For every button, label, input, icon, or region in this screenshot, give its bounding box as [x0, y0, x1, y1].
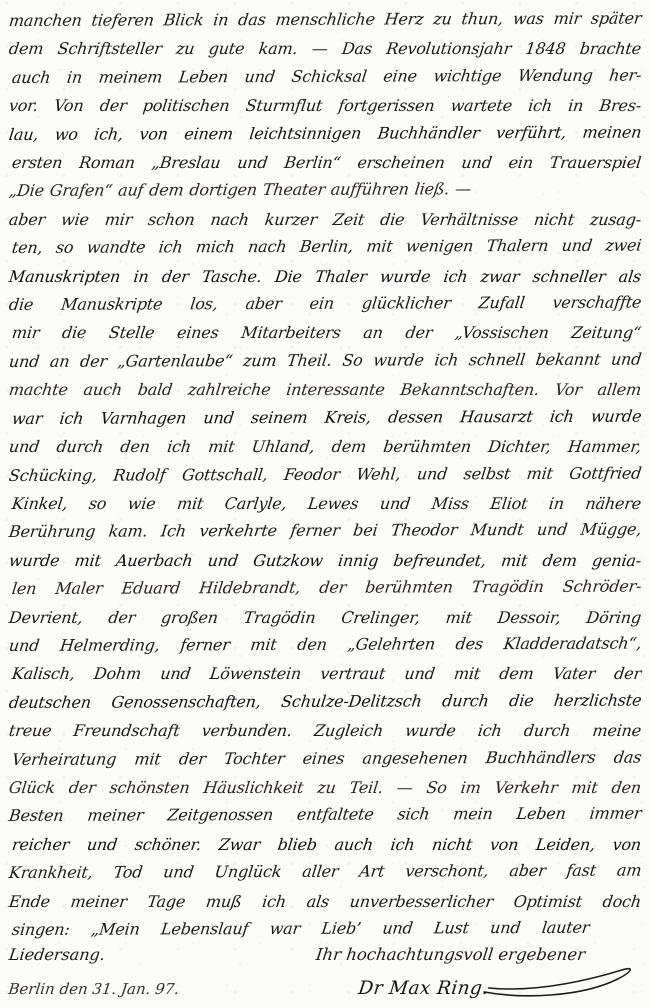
manuscript-line: manchen tieferen Blick in das menschlich… — [7, 5, 643, 36]
manuscript-line: ersten Roman „Breslau und Berlin“ ersche… — [10, 149, 642, 177]
manuscript-line: Schücking, Rudolf Gottschall, Feodor Weh… — [7, 459, 643, 490]
manuscript-line: treue Freundschaft verbunden. Zugleich w… — [7, 717, 642, 745]
manuscript-line: ten, so wandte ich mich nach Berlin, mit… — [10, 232, 643, 263]
manuscript-line: Ende meiner Tage muß ich als unverbesser… — [7, 888, 642, 916]
manuscript-line: mir die Stelle eines Mitarbeiters an der… — [10, 319, 642, 347]
manuscript-line: Berührung kam. Ich verkehrte ferner bei … — [7, 516, 643, 547]
manuscript-line: dem Schriftsteller zu gute kam. — Das Re… — [7, 35, 642, 63]
manuscript-line: war ich Varnhagen und seinem Kreis, dess… — [10, 402, 643, 433]
manuscript-line: wurde mit Auerbach und Gutzkow innig bef… — [7, 547, 642, 575]
manuscript-line: Verheiratung mit der Tochter eines anges… — [10, 743, 643, 774]
date-line: Berlin den 31. Jan. 97. — [7, 974, 181, 1004]
manuscript-line: die Manuskripte los, aber ein glückliche… — [7, 289, 643, 320]
signature-row: Berlin den 31. Jan. 97. Dr Max Ring. — [7, 966, 644, 1004]
manuscript-page: manchen tieferen Blick in das menschlich… — [0, 0, 650, 1008]
manuscript-line: singen: „Mein Lebenslauf war Lieb’ und L… — [10, 914, 591, 945]
manuscript-line: und durch den ich mit Uhland, dem berühm… — [7, 433, 642, 461]
closing-word: Liedersang. — [8, 944, 107, 966]
closing-row: Liedersang. Ihr hochachtungsvoll ergeben… — [8, 944, 643, 966]
manuscript-line: Kalisch, Dohm und Löwenstein vertraut un… — [10, 660, 642, 688]
manuscript-line: reicher und schöner. Zwar blieb auch ich… — [10, 831, 642, 859]
manuscript-line: auch in meinem Leben und Schicksal eine … — [10, 61, 643, 92]
manuscript-line: vor. Von der politischen Sturmflut fortg… — [7, 92, 642, 120]
valediction: Ihr hochachtungsvoll ergebener — [315, 944, 587, 966]
signature: Dr Max Ring. — [357, 974, 491, 1004]
manuscript-line: aber wie mir schon nach kurzer Zeit die … — [7, 206, 642, 234]
signature-flourish — [481, 966, 643, 1000]
manuscript-line: Devrient, der großen Tragödin Crelinger,… — [7, 604, 642, 632]
manuscript-line: Kinkel, so wie mit Carlyle, Lewes und Mi… — [10, 490, 642, 518]
manuscript-line: „Die Grafen“ auf dem dortigen Theater au… — [7, 176, 471, 206]
manuscript-line: Besten meiner Zeitgenossen entfaltete si… — [7, 800, 643, 831]
manuscript-line: und Helmerding, ferner mit den „Gelehrte… — [7, 630, 643, 661]
manuscript-line: len Maler Eduard Hildebrandt, der berühm… — [10, 573, 643, 604]
manuscript-line: lau, wo ich, von einem leichtsinnigen Bu… — [7, 118, 643, 149]
manuscript-line: deutschen Genossenschaften, Schulze-Deli… — [7, 686, 643, 717]
manuscript-line: Glück der schönsten Häuslichkeit zu Teil… — [7, 774, 642, 802]
manuscript-line: und an der „Gartenlaube“ zum Theil. So w… — [7, 345, 643, 376]
manuscript-line: Krankheit, Tod und Unglück aller Art ver… — [7, 857, 643, 888]
manuscript-line: Manuskripten in der Tasche. Die Thaler w… — [7, 263, 642, 291]
signature-group: Dr Max Ring. — [357, 966, 644, 1004]
manuscript-line: machte auch bald zahlreiche interessante… — [7, 376, 642, 404]
